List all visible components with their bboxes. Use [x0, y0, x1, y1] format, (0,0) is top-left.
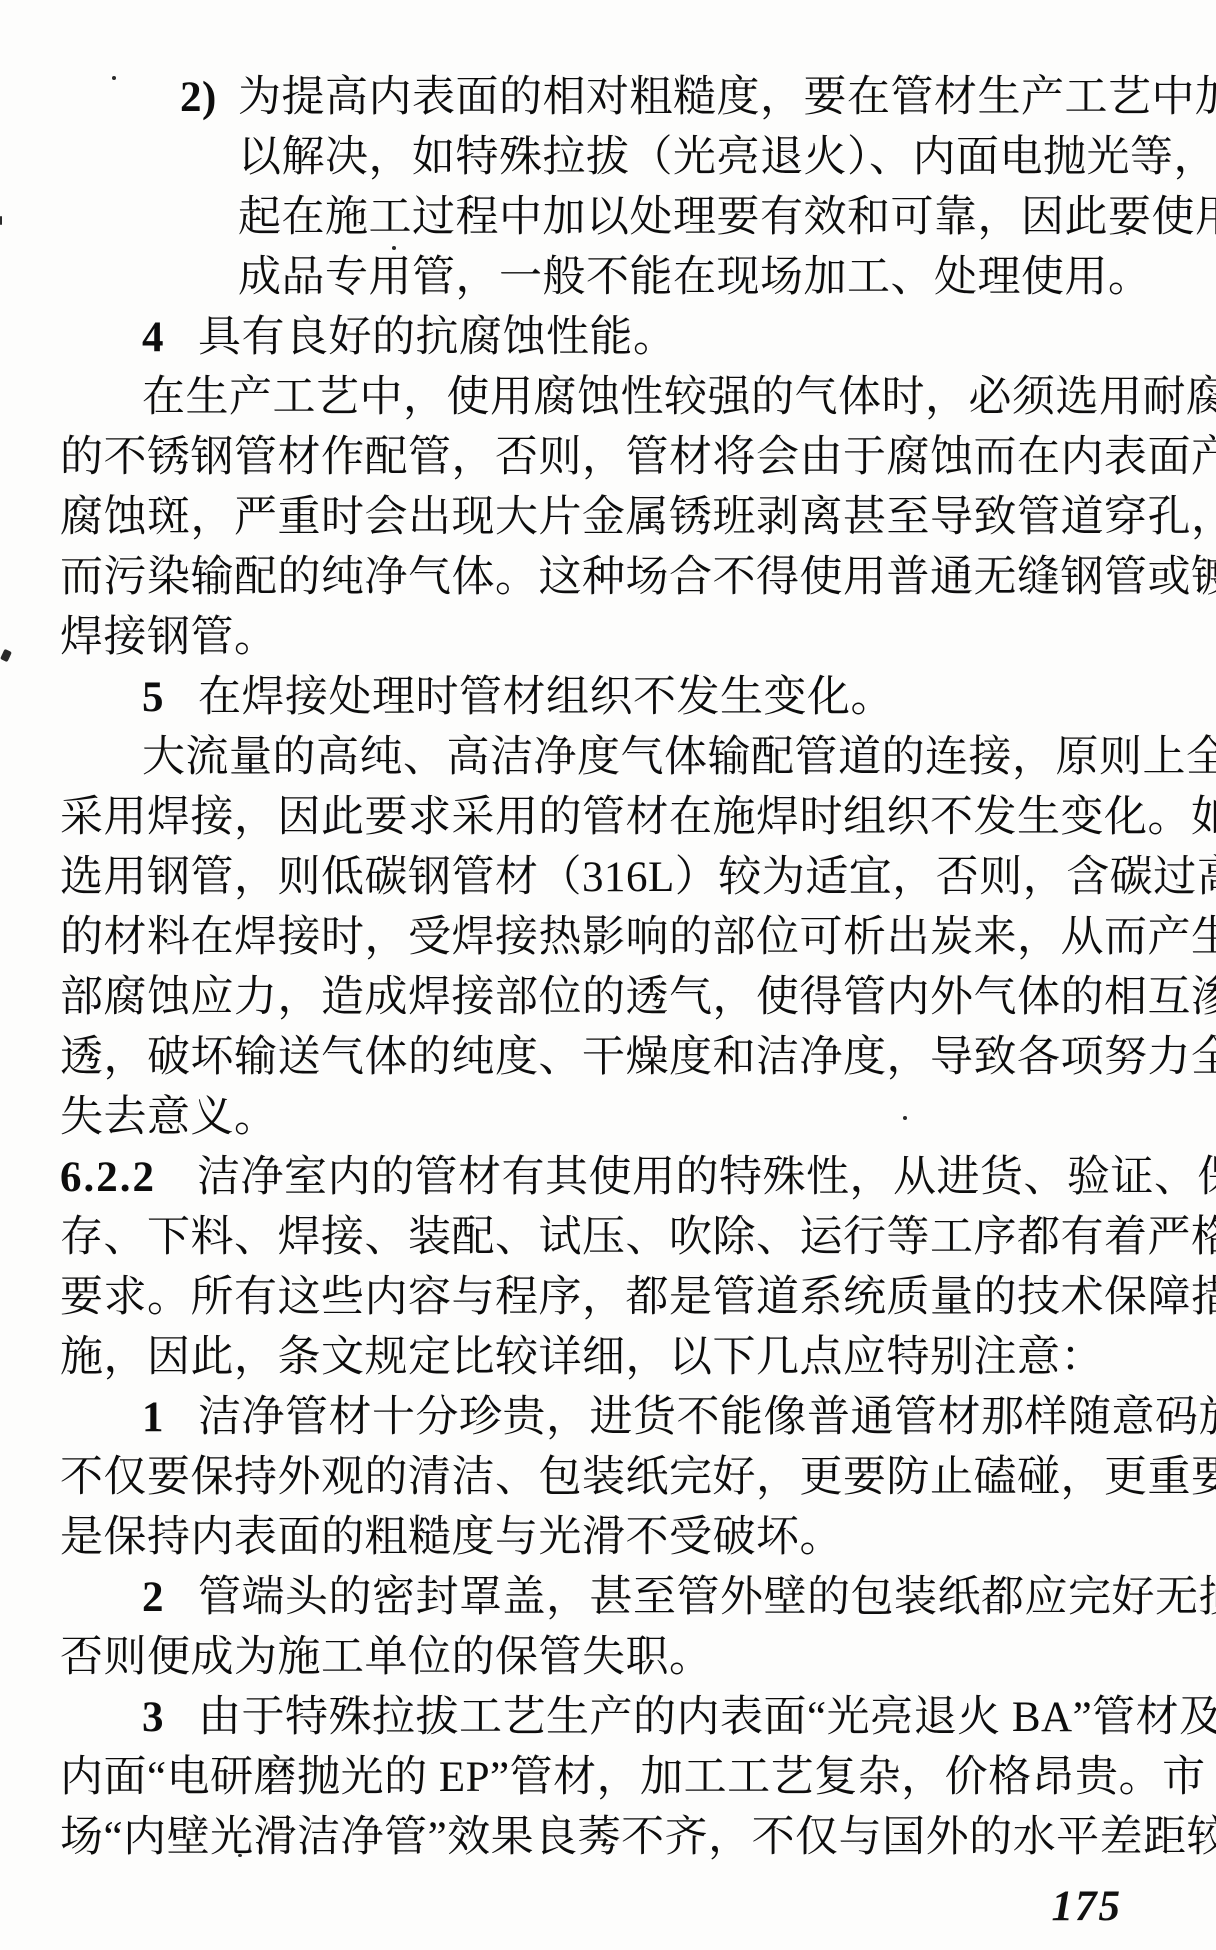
- line-text: 的不锈钢管材作配管，否则，管材将会由于腐蚀而在内表面产生: [60, 434, 1216, 481]
- item-marker: 6.2.2: [60, 1148, 197, 1208]
- line-text: 以解决，如特殊拉拔（光亮退火）、内面电抛光等，比: [238, 134, 1216, 181]
- text-line: 焊接钢管。: [60, 608, 1162, 668]
- text-line: 存、下料、焊接、装配、试压、吹除、运行等工序都有着严格的: [60, 1208, 1162, 1268]
- scan-speck: [112, 76, 116, 80]
- item-marker: 5: [142, 668, 198, 728]
- text-line: 施，因此，条文规定比较详细，以下几点应特别注意：: [60, 1328, 1162, 1388]
- text-line: 失去意义。: [60, 1088, 1162, 1148]
- text-line: 大流量的高纯、高洁净度气体输配管道的连接，原则上全部: [60, 728, 1162, 788]
- line-text: 具有良好的抗腐蚀性能。: [198, 314, 677, 361]
- line-text: 在焊接处理时管材组织不发生变化。: [198, 674, 894, 721]
- line-text: 场“内壁光滑洁净管”效果良莠不齐，不仅与国外的水平差距较: [60, 1814, 1216, 1861]
- text-line: 腐蚀斑，严重时会出现大片金属锈班剥离甚至导致管道穿孔，从: [60, 488, 1162, 548]
- scan-speck: [903, 1116, 907, 1120]
- line-text: 而污染输配的纯净气体。这种场合不得使用普通无缝钢管或镀锌: [60, 554, 1216, 601]
- text-line: 1洁净管材十分珍贵，进货不能像普通管材那样随意码放，: [60, 1388, 1162, 1448]
- text-line: 起在施工过程中加以处理要有效和可靠，因此要使用: [60, 188, 1162, 248]
- scan-speck: [238, 1854, 242, 1857]
- text-line: 在生产工艺中，使用腐蚀性较强的气体时，必须选用耐腐蚀: [60, 368, 1162, 428]
- line-text: 部腐蚀应力，造成焊接部位的透气，使得管内外气体的相互渗: [60, 974, 1216, 1021]
- text-line: 而污染输配的纯净气体。这种场合不得使用普通无缝钢管或镀锌: [60, 548, 1162, 608]
- text-line: 要求。所有这些内容与程序，都是管道系统质量的技术保障措: [60, 1268, 1162, 1328]
- text-line: 场“内壁光滑洁净管”效果良莠不齐，不仅与国外的水平差距较: [60, 1808, 1162, 1868]
- scan-speck: [0, 216, 2, 225]
- text-line: 3由于特殊拉拔工艺生产的内表面“光亮退火 BA”管材及: [60, 1688, 1162, 1748]
- text-line: 的材料在焊接时，受焊接热影响的部位可析出炭来，从而产生局: [60, 908, 1162, 968]
- line-text: 起在施工过程中加以处理要有效和可靠，因此要使用: [238, 194, 1216, 241]
- line-text: 采用焊接，因此要求采用的管材在施焊时组织不发生变化。如果: [60, 794, 1216, 841]
- line-text: 要求。所有这些内容与程序，都是管道系统质量的技术保障措: [60, 1274, 1216, 1321]
- line-text: 为提高内表面的相对粗糙度，要在管材生产工艺中加: [238, 74, 1216, 121]
- text-line: 成品专用管，一般不能在现场加工、处理使用。: [60, 248, 1162, 308]
- document-page: 2)为提高内表面的相对粗糙度，要在管材生产工艺中加以解决，如特殊拉拔（光亮退火）…: [0, 0, 1216, 1950]
- text-line: 部腐蚀应力，造成焊接部位的透气，使得管内外气体的相互渗: [60, 968, 1162, 1028]
- line-text: 洁净室内的管材有其使用的特殊性，从进货、验证、保: [197, 1154, 1216, 1201]
- line-text: 透，破坏输送气体的纯度、干燥度和洁净度，导致各项努力全部: [60, 1034, 1216, 1081]
- scan-speck: [392, 246, 396, 250]
- line-text: 洁净管材十分珍贵，进货不能像普通管材那样随意码放，: [198, 1394, 1216, 1441]
- text-line: 内面“电研磨抛光的 EP”管材，加工工艺复杂，价格昂贵。市: [60, 1748, 1162, 1808]
- text-line: 5在焊接处理时管材组织不发生变化。: [60, 668, 1162, 728]
- item-marker: 1: [142, 1388, 198, 1448]
- line-text: 大流量的高纯、高洁净度气体输配管道的连接，原则上全部: [142, 734, 1216, 781]
- text-line: 6.2.2洁净室内的管材有其使用的特殊性，从进货、验证、保: [60, 1148, 1162, 1208]
- line-text: 施，因此，条文规定比较详细，以下几点应特别注意：: [60, 1334, 1104, 1381]
- item-marker: 4: [142, 308, 198, 368]
- item-marker: 3: [142, 1688, 198, 1748]
- text-line: 是保持内表面的粗糙度与光滑不受破坏。: [60, 1508, 1162, 1568]
- scan-speck: [0, 649, 12, 662]
- line-text: 腐蚀斑，严重时会出现大片金属锈班剥离甚至导致管道穿孔，从: [60, 494, 1216, 541]
- text-line: 否则便成为施工单位的保管失职。: [60, 1628, 1162, 1688]
- line-text: 失去意义。: [60, 1094, 278, 1141]
- line-text: 焊接钢管。: [60, 614, 278, 661]
- text-block: 2)为提高内表面的相对粗糙度，要在管材生产工艺中加以解决，如特殊拉拔（光亮退火）…: [60, 68, 1162, 1868]
- text-line: 2管端头的密封罩盖，甚至管外壁的包装纸都应完好无损，: [60, 1568, 1162, 1628]
- item-marker: 2: [142, 1568, 198, 1628]
- line-text: 内面“电研磨抛光的 EP”管材，加工工艺复杂，价格昂贵。市: [60, 1754, 1206, 1801]
- line-text: 否则便成为施工单位的保管失职。: [60, 1634, 713, 1681]
- line-text: 由于特殊拉拔工艺生产的内表面“光亮退火 BA”管材及: [198, 1694, 1216, 1741]
- text-line: 2)为提高内表面的相对粗糙度，要在管材生产工艺中加: [60, 68, 1162, 128]
- text-line: 选用钢管，则低碳钢管材（316L）较为适宜，否则，含碳过高: [60, 848, 1162, 908]
- line-text: 是保持内表面的粗糙度与光滑不受破坏。: [60, 1514, 843, 1561]
- text-line: 透，破坏输送气体的纯度、干燥度和洁净度，导致各项努力全部: [60, 1028, 1162, 1088]
- text-line: 采用焊接，因此要求采用的管材在施焊时组织不发生变化。如果: [60, 788, 1162, 848]
- line-text: 选用钢管，则低碳钢管材（316L）较为适宜，否则，含碳过高: [60, 854, 1216, 901]
- text-line: 的不锈钢管材作配管，否则，管材将会由于腐蚀而在内表面产生: [60, 428, 1162, 488]
- line-text: 存、下料、焊接、装配、试压、吹除、运行等工序都有着严格的: [60, 1214, 1216, 1261]
- line-text: 不仅要保持外观的清洁、包装纸完好，更要防止磕碰，更重要的: [60, 1454, 1216, 1501]
- text-line: 不仅要保持外观的清洁、包装纸完好，更要防止磕碰，更重要的: [60, 1448, 1162, 1508]
- text-line: 以解决，如特殊拉拔（光亮退火）、内面电抛光等，比: [60, 128, 1162, 188]
- line-text: 管端头的密封罩盖，甚至管外壁的包装纸都应完好无损，: [198, 1574, 1216, 1621]
- scan-speck: [1124, 170, 1127, 173]
- item-marker: 2): [180, 68, 238, 128]
- line-text: 成品专用管，一般不能在现场加工、处理使用。: [238, 254, 1152, 301]
- page-number: 175: [1052, 1882, 1123, 1931]
- line-text: 在生产工艺中，使用腐蚀性较强的气体时，必须选用耐腐蚀: [142, 374, 1216, 421]
- line-text: 的材料在焊接时，受焊接热影响的部位可析出炭来，从而产生局: [60, 914, 1216, 961]
- text-line: 4具有良好的抗腐蚀性能。: [60, 308, 1162, 368]
- scan-speck: [1126, 232, 1129, 235]
